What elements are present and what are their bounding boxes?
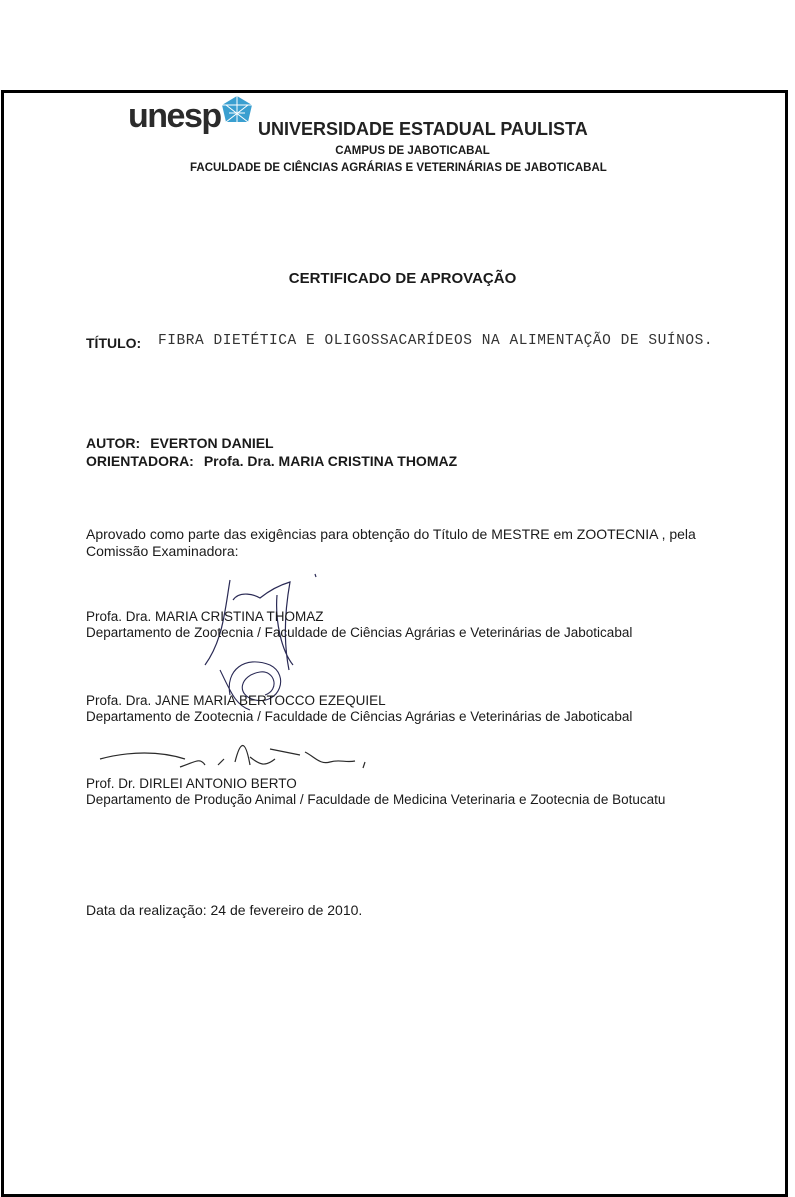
orientadora-label: ORIENTADORA: [86,453,194,469]
unesp-logo-icon [222,96,252,122]
certificate-title: CERTIFICADO DE APROVAÇÃO [0,270,795,287]
titulo-label: TÍTULO: [86,335,141,351]
orientadora-value: Profa. Dra. MARIA CRISTINA THOMAZ [204,453,457,469]
signature-3 [100,737,380,777]
university-name: UNIVERSIDADE ESTADUAL PAULISTA [258,119,588,140]
autor-value: EVERTON DANIEL [150,435,273,451]
autor-label: AUTOR: [86,435,140,451]
committee-member-3-name: Prof. Dr. DIRLEI ANTONIO BERTO [86,776,297,791]
date-of-defense: Data da realização: 24 de fevereiro de 2… [86,902,362,918]
unesp-logo-text: unesp [128,97,221,136]
orientadora-line: ORIENTADORA:Profa. Dra. MARIA CRISTINA T… [86,453,457,469]
titulo-value: FIBRA DIETÉTICA E OLIGOSSACARÍDEOS NA AL… [158,333,713,349]
committee-member-1-department: Departamento de Zootecnia / Faculdade de… [86,625,632,640]
autor-line: AUTOR:EVERTON DANIEL [86,435,274,451]
approval-statement: Aprovado como parte das exigências para … [86,526,726,560]
campus-name: CAMPUS DE JABOTICABAL [0,145,795,157]
committee-member-2-department: Departamento de Zootecnia / Faculdade de… [86,709,632,724]
committee-member-2-name: Profa. Dra. JANE MARIA BERTOCCO EZEQUIEL [86,693,386,708]
faculty-name: FACULDADE DE CIÊNCIAS AGRÁRIAS E VETERIN… [190,162,607,174]
committee-member-1-name: Profa. Dra. MARIA CRISTINA THOMAZ [86,609,324,624]
committee-member-3-department: Departamento de Produção Animal / Faculd… [86,792,665,807]
certificate-page-frame [1,90,788,1197]
